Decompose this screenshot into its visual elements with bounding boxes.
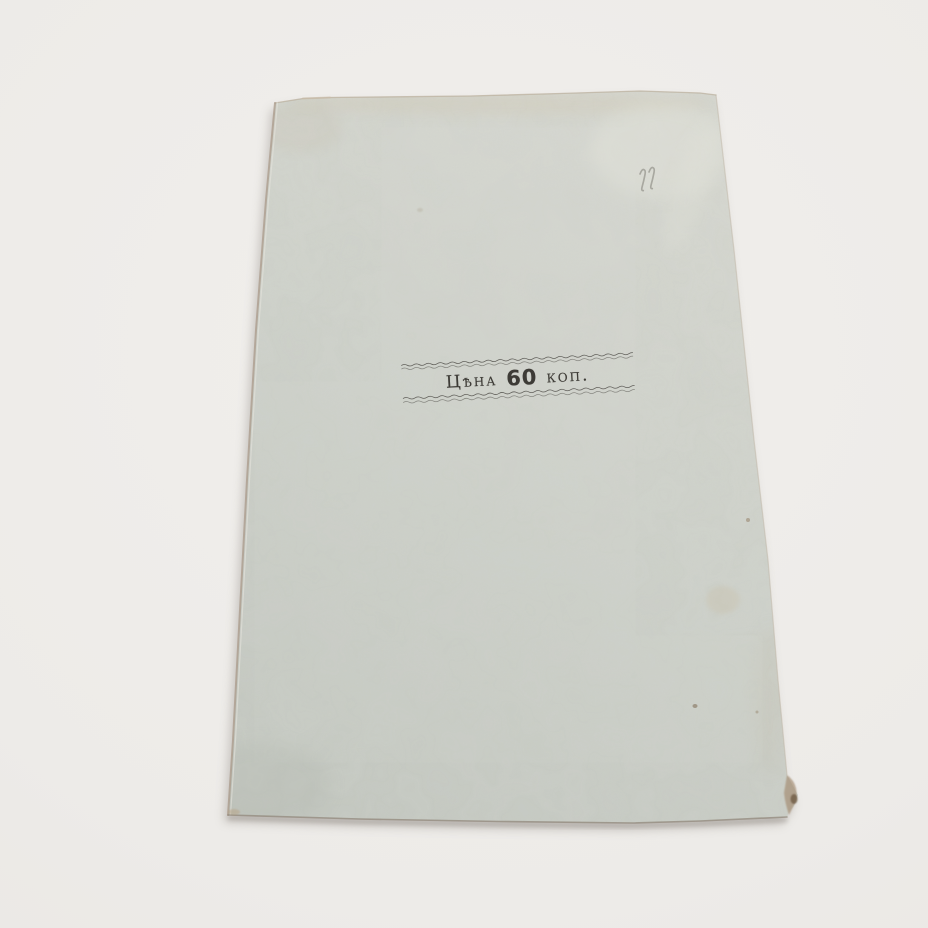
- photo-scene: Цѣна 60 коп.: [0, 0, 928, 928]
- booklet-photo: [0, 0, 928, 928]
- booklet-cover: [190, 60, 830, 860]
- price-amount: 60: [506, 366, 538, 390]
